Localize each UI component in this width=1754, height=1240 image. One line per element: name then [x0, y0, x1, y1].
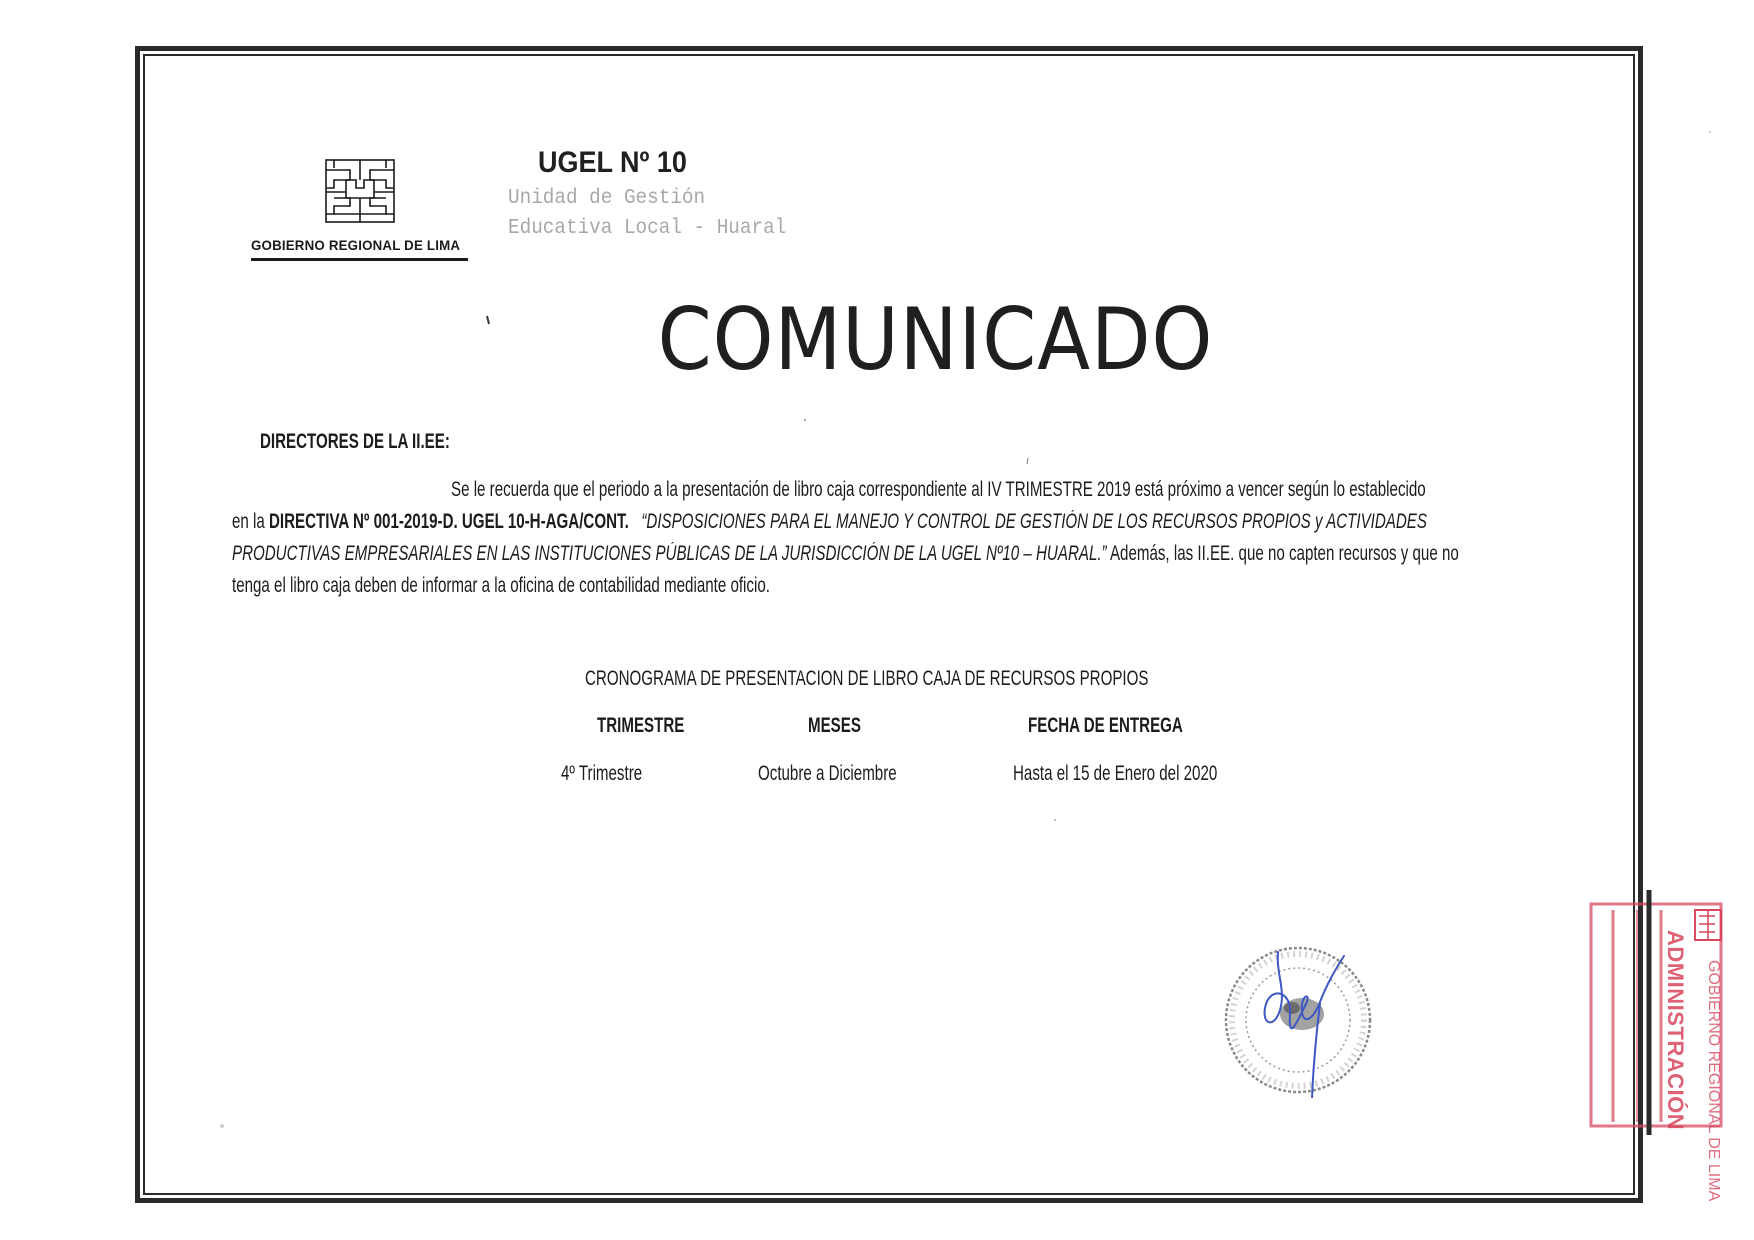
- schedule-cell-fecha: Hasta el 15 de Enero del 2020: [1013, 762, 1217, 786]
- administration-stamp-org: GOBIERNO REGIONAL DE LIMA: [1704, 960, 1722, 1201]
- schedule-header-fecha: FECHA DE ENTREGA: [1028, 714, 1183, 738]
- greeting: DIRECTORES DE LA II.EE:: [260, 430, 450, 454]
- administration-stamp-label: ADMINISTRACIÓN: [1662, 930, 1688, 1130]
- body-line-2: en la DIRECTIVA Nº 001-2019-D. UGEL 10-H…: [232, 510, 1427, 534]
- official-seal-icon: [1216, 934, 1380, 1098]
- body-line-2-prefix: en la: [232, 510, 269, 533]
- gobierno-regional-logo-icon: [320, 156, 400, 226]
- ugel-subtitle-line2: Educativa Local - Huaral: [508, 217, 786, 240]
- body-line-1: Se le recuerda que el periodo a la prese…: [451, 478, 1426, 502]
- ugel-title: UGEL Nº 10: [538, 146, 687, 180]
- directive-reference: DIRECTIVA Nº 001-2019-D. UGEL 10-H-AGA/C…: [269, 510, 629, 533]
- body-line-4: tenga el libro caja deben de informar a …: [232, 574, 770, 598]
- document-title: COMUNICADO: [88, 290, 1667, 390]
- schedule-cell-meses: Octubre a Diciembre: [758, 762, 897, 786]
- body-line-3-suffix: Además, las II.EE. que no capten recurso…: [1107, 542, 1459, 565]
- schedule-title: CRONOGRAMA DE PRESENTACION DE LIBRO CAJA…: [585, 667, 1148, 691]
- org-name-underline: [251, 258, 468, 261]
- schedule-header-trimestre: TRIMESTRE: [597, 714, 684, 738]
- org-name: GOBIERNO REGIONAL DE LIMA: [251, 237, 456, 253]
- schedule-header-meses: MESES: [808, 714, 861, 738]
- schedule-cell-trimestre: 4º Trimestre: [561, 762, 642, 786]
- directive-title-part1: “DISPOSICIONES PARA EL MANEJO Y CONTROL …: [641, 510, 1427, 533]
- directive-title-part2: PRODUCTIVAS EMPRESARIALES EN LAS INSTITU…: [232, 542, 1107, 565]
- body-line-3: PRODUCTIVAS EMPRESARIALES EN LAS INSTITU…: [232, 542, 1459, 566]
- ugel-subtitle-line1: Unidad de Gestión: [508, 187, 705, 210]
